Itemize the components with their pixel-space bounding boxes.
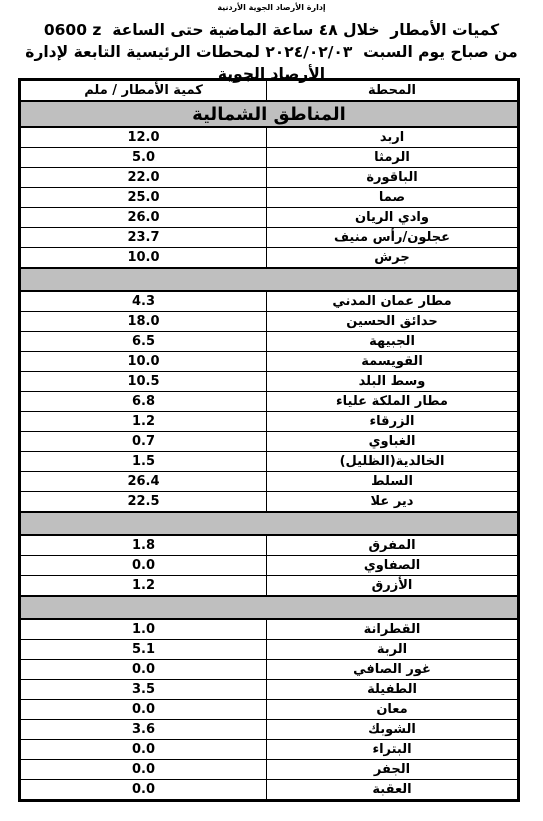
org-title: إدارة الأرصاد الجوية الأردنية <box>0 0 543 12</box>
section-row: المناطق الشمالية <box>20 101 519 127</box>
table-row: وسط البلد10.5 <box>20 372 519 392</box>
table-row: الزرقاء1.2 <box>20 412 519 432</box>
station-name-cell: الشوبك <box>267 720 519 740</box>
rainfall-amount-cell: 3.6 <box>20 720 267 740</box>
page: إدارة الأرصاد الجوية الأردنية كميات الأم… <box>0 0 543 821</box>
table-row: مطار عمان المدني4.3 <box>20 291 519 312</box>
rainfall-amount-cell: 6.8 <box>20 392 267 412</box>
station-name-cell: مطار عمان المدني <box>267 291 519 312</box>
section-label: المناطق الشمالية <box>20 101 519 127</box>
rainfall-amount-cell: 1.8 <box>20 535 267 556</box>
table-row: جرش10.0 <box>20 248 519 269</box>
table-row: مطار الملكة علياء6.8 <box>20 392 519 412</box>
rainfall-amount-cell: 0.0 <box>20 660 267 680</box>
section-label <box>20 512 519 535</box>
rainfall-amount-cell: 10.5 <box>20 372 267 392</box>
table-row: الأزرق1.2 <box>20 576 519 597</box>
table-row: الخالدية(الظليل)1.5 <box>20 452 519 472</box>
station-name-cell: اربد <box>267 127 519 148</box>
station-name-cell: الطفيلة <box>267 680 519 700</box>
rainfall-amount-cell: 23.7 <box>20 228 267 248</box>
rainfall-amount-cell: 25.0 <box>20 188 267 208</box>
table-row: اربد12.0 <box>20 127 519 148</box>
station-name-cell: السلط <box>267 472 519 492</box>
table-row: الغباوي0.7 <box>20 432 519 452</box>
station-name-cell: عجلون/رأس منيف <box>267 228 519 248</box>
rainfall-amount-cell: 18.0 <box>20 312 267 332</box>
rainfall-amount-cell: 1.5 <box>20 452 267 472</box>
rainfall-table: المحطة كمية الأمطار / ملم المناطق الشمال… <box>18 78 520 802</box>
station-name-cell: العقبة <box>267 780 519 801</box>
rainfall-amount-cell: 10.0 <box>20 352 267 372</box>
station-name-cell: جرش <box>267 248 519 269</box>
rainfall-amount-cell: 22.5 <box>20 492 267 513</box>
station-name-cell: دير علا <box>267 492 519 513</box>
table-row: السلط26.4 <box>20 472 519 492</box>
station-name-cell: المفرق <box>267 535 519 556</box>
station-name-cell: البتراء <box>267 740 519 760</box>
table-row: العقبة0.0 <box>20 780 519 801</box>
station-column-header: المحطة <box>267 80 519 102</box>
section-row <box>20 596 519 619</box>
rainfall-table-body: المناطق الشماليةاربد12.0الرمثا5.0الباقور… <box>20 101 519 801</box>
table-row: البتراء0.0 <box>20 740 519 760</box>
station-name-cell: الباقورة <box>267 168 519 188</box>
table-row: المفرق1.8 <box>20 535 519 556</box>
rainfall-amount-cell: 0.0 <box>20 700 267 720</box>
table-row: عجلون/رأس منيف23.7 <box>20 228 519 248</box>
station-name-cell: الأزرق <box>267 576 519 597</box>
table-row: الربة5.1 <box>20 640 519 660</box>
rainfall-amount-cell: 3.5 <box>20 680 267 700</box>
station-name-cell: صما <box>267 188 519 208</box>
rainfall-amount-cell: 1.2 <box>20 576 267 597</box>
table-row: حدائق الحسين18.0 <box>20 312 519 332</box>
table-row: الصفاوي0.0 <box>20 556 519 576</box>
rainfall-amount-cell: 0.7 <box>20 432 267 452</box>
amount-column-header: كمية الأمطار / ملم <box>20 80 267 102</box>
section-label <box>20 268 519 291</box>
station-name-cell: الربة <box>267 640 519 660</box>
table-row: الرمثا5.0 <box>20 148 519 168</box>
rainfall-amount-cell: 6.5 <box>20 332 267 352</box>
table-row: القويسمة10.0 <box>20 352 519 372</box>
rainfall-amount-cell: 5.1 <box>20 640 267 660</box>
table-row: الجبيهة6.5 <box>20 332 519 352</box>
rainfall-amount-cell: 0.0 <box>20 780 267 801</box>
rainfall-amount-cell: 0.0 <box>20 760 267 780</box>
rainfall-amount-cell: 1.0 <box>20 619 267 640</box>
table-row: القطرانة1.0 <box>20 619 519 640</box>
section-row <box>20 512 519 535</box>
station-name-cell: القويسمة <box>267 352 519 372</box>
station-name-cell: القطرانة <box>267 619 519 640</box>
rainfall-amount-cell: 0.0 <box>20 556 267 576</box>
station-name-cell: مطار الملكة علياء <box>267 392 519 412</box>
table-row: دير علا22.5 <box>20 492 519 513</box>
table-row: الشوبك3.6 <box>20 720 519 740</box>
station-name-cell: غور الصافي <box>267 660 519 680</box>
station-name-cell: وادي الريان <box>267 208 519 228</box>
report-title-line1: كميات الأمطار خلال ٤٨ ساعة الماضية حتى ا… <box>0 19 543 41</box>
station-name-cell: الزرقاء <box>267 412 519 432</box>
table-row: الطفيلة3.5 <box>20 680 519 700</box>
table-row: وادي الريان26.0 <box>20 208 519 228</box>
rainfall-amount-cell: 1.2 <box>20 412 267 432</box>
station-name-cell: الجفر <box>267 760 519 780</box>
rainfall-amount-cell: 22.0 <box>20 168 267 188</box>
table-header-row: المحطة كمية الأمطار / ملم <box>20 80 519 102</box>
station-name-cell: الخالدية(الظليل) <box>267 452 519 472</box>
table-row: غور الصافي0.0 <box>20 660 519 680</box>
section-label <box>20 596 519 619</box>
station-name-cell: حدائق الحسين <box>267 312 519 332</box>
table-row: الجفر0.0 <box>20 760 519 780</box>
rainfall-amount-cell: 12.0 <box>20 127 267 148</box>
rainfall-amount-cell: 10.0 <box>20 248 267 269</box>
rainfall-amount-cell: 26.0 <box>20 208 267 228</box>
rainfall-amount-cell: 26.4 <box>20 472 267 492</box>
report-title: كميات الأمطار خلال ٤٨ ساعة الماضية حتى ا… <box>0 19 543 85</box>
station-name-cell: الصفاوي <box>267 556 519 576</box>
rainfall-amount-cell: 5.0 <box>20 148 267 168</box>
station-name-cell: معان <box>267 700 519 720</box>
station-name-cell: وسط البلد <box>267 372 519 392</box>
rainfall-amount-cell: 0.0 <box>20 740 267 760</box>
station-name-cell: الجبيهة <box>267 332 519 352</box>
station-name-cell: الرمثا <box>267 148 519 168</box>
table-row: صما25.0 <box>20 188 519 208</box>
station-name-cell: الغباوي <box>267 432 519 452</box>
table-row: الباقورة22.0 <box>20 168 519 188</box>
table-row: معان0.0 <box>20 700 519 720</box>
section-row <box>20 268 519 291</box>
rainfall-amount-cell: 4.3 <box>20 291 267 312</box>
